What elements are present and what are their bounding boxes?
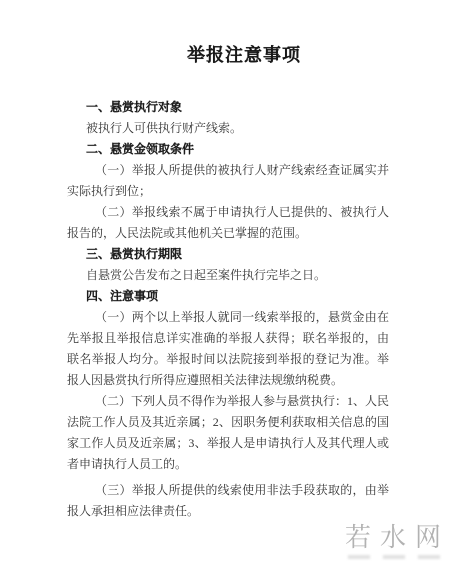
section-3-paragraph-1: 自悬赏公告发布之日起至案件执行完毕之日。 (67, 265, 389, 286)
section-heading-1: 一、悬赏执行对象 (67, 97, 389, 118)
watermark-blur-mark (348, 555, 370, 559)
watermark-blur-mark (418, 555, 440, 559)
document-body: 一、悬赏执行对象 被执行人可供执行财产线索。 二、悬赏金领取条件 （一）举报人所… (67, 97, 389, 522)
section-4-paragraph-3: （三）举报人所提供的线索使用非法手段获取的，由举报人承担相应法律责任。 (67, 480, 389, 522)
section-4-paragraph-2: （二）下列人员不得作为举报人参与悬赏执行：1、人民法院工作人员及其近亲属；2、因… (67, 391, 389, 475)
section-heading-3: 三、悬赏执行期限 (67, 244, 389, 265)
watermark-subtext-blur (348, 555, 440, 559)
document-content: 举报注意事项 一、悬赏执行对象 被执行人可供执行财产线索。 二、悬赏金领取条件 … (67, 44, 389, 522)
document-title: 举报注意事项 (83, 44, 405, 67)
section-1-paragraph-1: 被执行人可供执行财产线索。 (67, 118, 389, 139)
section-heading-2: 二、悬赏金领取条件 (67, 139, 389, 160)
section-4-paragraph-1: （一）两个以上举报人就同一线索举报的，悬赏金由在先举报且举报信息详实准确的举报人… (67, 307, 389, 391)
site-watermark: 若水网 (345, 524, 441, 552)
watermark-blur-mark (383, 555, 405, 559)
section-2-paragraph-1: （一）举报人所提供的被执行人财产线索经查证属实并实际执行到位； (67, 160, 389, 202)
scanned-document-page: 举报注意事项 一、悬赏执行对象 被执行人可供执行财产线索。 二、悬赏金领取条件 … (0, 0, 450, 563)
section-2-paragraph-2: （二）举报线索不属于申请执行人已提供的、被执行人报告的，人民法院或其他机关已掌握… (67, 202, 389, 244)
section-heading-4: 四、注意事项 (67, 286, 389, 307)
